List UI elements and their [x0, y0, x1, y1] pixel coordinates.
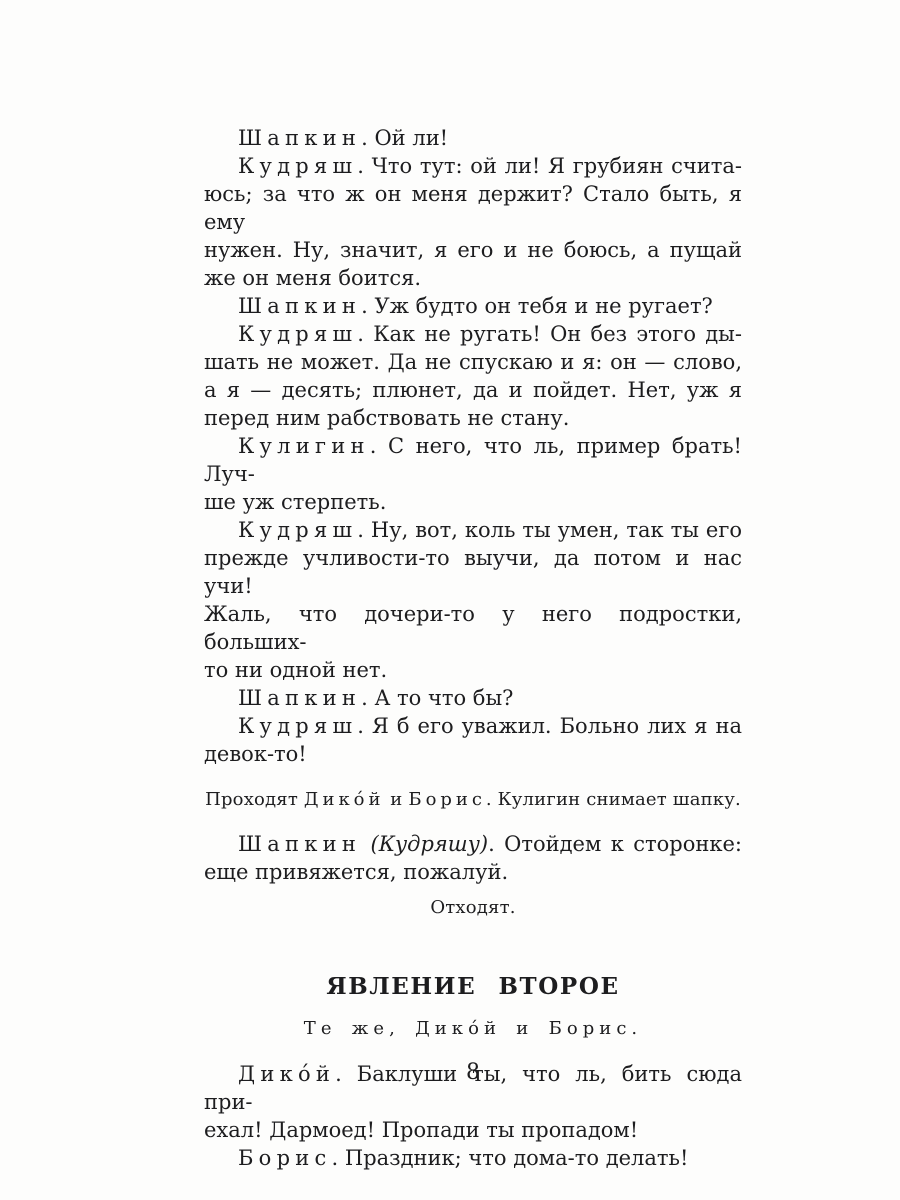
- paragraph: Шапкин. Ой ли!: [204, 124, 742, 152]
- text-segment: юсь; за что ж он меня держит? Стало быть…: [204, 182, 742, 234]
- text-segment: . Как не ругать! Он без этого ды-: [357, 322, 742, 346]
- text-segment: [361, 832, 370, 856]
- dialogue-line: Кудряш. Что тут: ой ли! Я грубиян счита-: [204, 152, 742, 180]
- text-segment: . Что тут: ой ли! Я грубиян счита-: [357, 154, 742, 178]
- scene-heading: ЯВЛЕНИЕ ВТОРОЕ: [204, 972, 742, 1002]
- text-segment: девок-то!: [204, 742, 307, 766]
- text-segment: . Ой ли!: [361, 126, 448, 150]
- cast-list: Те же, Дико́й и Борис.: [204, 1016, 742, 1042]
- text-segment: ше уж стерпеть.: [204, 490, 386, 514]
- dialogue-line: то ни одной нет.: [204, 656, 742, 684]
- text-segment: еще привяжется, пожалуй.: [204, 860, 508, 884]
- dialogue-line: а я — десять; плюнет, да и пойдет. Нет, …: [204, 376, 742, 404]
- text-segment: ехал! Дармоед! Пропади ты пропадом!: [204, 1118, 638, 1142]
- speaker-name: Шапкин: [238, 686, 361, 710]
- dialogue-line: Кудряш. Как не ругать! Он без этого ды-: [204, 320, 742, 348]
- text-column: Шапкин. Ой ли!Кудряш. Что тут: ой ли! Я …: [204, 124, 742, 1172]
- dialogue-line: Шапкин. А то что бы?: [204, 684, 742, 712]
- dialogue-line: Шапкин. Уж будто он тебя и не ругает?: [204, 292, 742, 320]
- dialogue-block: Шапкин (Кудряшу). Отойдем к сторонке:еще…: [204, 830, 742, 886]
- stage-direction: Отходят.: [204, 894, 742, 922]
- speaker-name: Шапкин: [238, 294, 361, 318]
- paragraph: Шапкин. А то что бы?: [204, 684, 742, 712]
- text-segment: . Я б его уважил. Больно лих я на: [357, 714, 742, 738]
- dialogue-line: девок-то!: [204, 740, 742, 768]
- parenthetical: (Кудряшу): [371, 832, 489, 856]
- dialogue-line: Жаль, что дочери-то у него подростки, бо…: [204, 600, 742, 656]
- text-segment: а я — десять; плюнет, да и пойдет. Нет, …: [204, 378, 742, 402]
- speaker-name: Кудряш: [238, 518, 357, 542]
- text-segment: и: [384, 789, 408, 810]
- paragraph: Кудряш. Ну, вот, коль ты умен, так ты ег…: [204, 516, 742, 684]
- dialogue-line: Кулигин. С него, что ль, пример брать! Л…: [204, 432, 742, 488]
- paragraph: Шапкин (Кудряшу). Отойдем к сторонке:еще…: [204, 830, 742, 886]
- dialogue-line: Кудряш. Я б его уважил. Больно лих я на: [204, 712, 742, 740]
- speaker-name: Кудряш: [238, 322, 357, 346]
- dialogue-line: ше уж стерпеть.: [204, 488, 742, 516]
- text-segment: перед ним рабствовать не стану.: [204, 406, 569, 430]
- speaker-name: Борис: [238, 1146, 332, 1170]
- text-segment: . Кулигин снимает шапку.: [486, 789, 741, 810]
- dialogue-line: шать не может. Да не спускаю и я: он — с…: [204, 348, 742, 376]
- paragraph: Кулигин. С него, что ль, пример брать! Л…: [204, 432, 742, 516]
- dialogue-line: нужен. Ну, значит, я его и не боюсь, а п…: [204, 236, 742, 264]
- text-segment: . А то что бы?: [361, 686, 513, 710]
- text-segment: Дико́й: [304, 789, 385, 810]
- stage-direction: Проходят Дико́й и Борис. Кулигин снимает…: [204, 786, 742, 814]
- text-segment: Проходят: [205, 789, 304, 810]
- dialogue-line: ехал! Дармоед! Пропади ты пропадом!: [204, 1116, 742, 1144]
- text-segment: . Праздник; что дома-то делать!: [332, 1146, 689, 1170]
- speaker-name: Шапкин: [238, 832, 361, 856]
- dialogue-line: Шапкин (Кудряшу). Отойдем к сторонке:: [204, 830, 742, 858]
- text-segment: . Уж будто он тебя и не ругает?: [361, 294, 713, 318]
- dialogue-block: Шапкин. Ой ли!Кудряш. Что тут: ой ли! Я …: [204, 124, 742, 768]
- dialogue-line: Кудряш. Ну, вот, коль ты умен, так ты ег…: [204, 516, 742, 544]
- paragraph: Кудряш. Что тут: ой ли! Я грубиян счита-…: [204, 152, 742, 292]
- text-segment: Отходят.: [430, 897, 515, 918]
- text-segment: Жаль, что дочери-то у него подростки, бо…: [204, 602, 742, 654]
- text-segment: то ни одной нет.: [204, 658, 387, 682]
- dialogue-line: юсь; за что ж он меня держит? Стало быть…: [204, 180, 742, 236]
- speaker-name: Кулигин: [238, 434, 370, 458]
- speaker-name: Кудряш: [238, 714, 357, 738]
- dialogue-line: прежде учливости-то выучи, да потом и на…: [204, 544, 742, 600]
- dialogue-line: же он меня боится.: [204, 264, 742, 292]
- dialogue-line: Шапкин. Ой ли!: [204, 124, 742, 152]
- text-segment: . Отойдем к сторонке:: [488, 832, 742, 856]
- paragraph: Шапкин. Уж будто он тебя и не ругает?: [204, 292, 742, 320]
- dialogue-line: Борис. Праздник; что дома-то делать!: [204, 1144, 742, 1172]
- book-page: Шапкин. Ой ли!Кудряш. Что тут: ой ли! Я …: [0, 0, 900, 1200]
- paragraph: Кудряш. Как не ругать! Он без этого ды-ш…: [204, 320, 742, 432]
- text-segment: . Ну, вот, коль ты умен, так ты его: [357, 518, 742, 542]
- text-segment: ЯВЛЕНИЕ ВТОРОЕ: [326, 973, 619, 1000]
- text-segment: Борис: [408, 789, 485, 810]
- paragraph: Борис. Праздник; что дома-то делать!: [204, 1144, 742, 1172]
- speaker-name: Кудряш: [238, 154, 357, 178]
- text-segment: Те же, Дико́й и Борис.: [304, 1018, 642, 1039]
- speaker-name: Шапкин: [238, 126, 361, 150]
- paragraph: Кудряш. Я б его уважил. Больно лих я над…: [204, 712, 742, 768]
- text-segment: нужен. Ну, значит, я его и не боюсь, а п…: [204, 238, 742, 262]
- text-segment: шать не может. Да не спускаю и я: он — с…: [204, 350, 742, 374]
- dialogue-line: еще привяжется, пожалуй.: [204, 858, 742, 886]
- dialogue-line: перед ним рабствовать не стану.: [204, 404, 742, 432]
- text-segment: прежде учливости-то выучи, да потом и на…: [204, 546, 742, 598]
- page-number: 8: [204, 1058, 742, 1088]
- text-segment: же он меня боится.: [204, 266, 421, 290]
